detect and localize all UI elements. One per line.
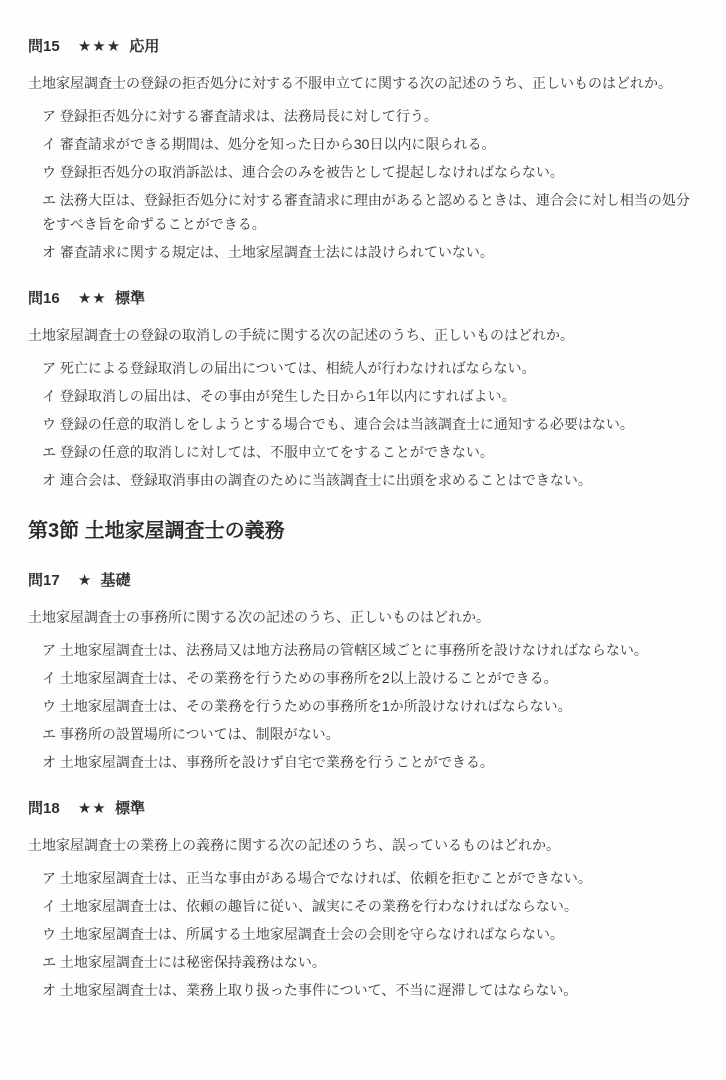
option-item: オ 土地家屋調査士は、事務所を設けず自宅で業務を行うことができる。 [28,750,696,774]
option-text: 土地家屋調査士は、業務上取り扱った事件について、不当に遅滞してはならない。 [60,982,577,998]
question-heading: 問17 ★ 基礎 [28,572,696,590]
option-text: 土地家屋調査士は、正当な事由がある場合でなければ、依頼を拒むことができない。 [60,870,592,886]
question-number: 問17 [28,572,60,589]
option-text: 土地家屋調査士は、法務局又は地方法務局の管轄区域ごとに事務所を設けなければならな… [60,642,648,658]
option-text: 登録の任意的取消しに対しては、不服申立てをすることができない。 [60,444,494,460]
question-block-16: 問16 ★★ 標準 土地家屋調査士の登録の取消しの手続に関する次の記述のうち、正… [28,290,696,492]
question-prompt: 土地家屋調査士の登録の取消しの手続に関する次の記述のうち、正しいものはどれか。 [28,324,696,346]
question-heading: 問18 ★★ 標準 [28,800,696,818]
option-item: ア 土地家屋調査士は、正当な事由がある場合でなければ、依頼を拒むことができない。 [28,866,696,890]
question-heading: 問16 ★★ 標準 [28,290,696,308]
option-item: イ 審査請求ができる期間は、処分を知った日から30日以内に限られる。 [28,132,696,156]
option-item: ウ 土地家屋調査士は、所属する土地家屋調査士会の会則を守らなければならない。 [28,922,696,946]
option-label: ア [42,870,56,886]
option-text: 土地家屋調査士は、事務所を設けず自宅で業務を行うことができる。 [60,754,494,770]
question-number: 問15 [28,38,60,55]
options-list: ア 土地家屋調査士は、正当な事由がある場合でなければ、依頼を拒むことができない。… [28,866,696,1002]
question-block-17: 問17 ★ 基礎 土地家屋調査士の事務所に関する次の記述のうち、正しいものはどれ… [28,572,696,774]
option-label: オ [42,244,56,260]
option-label: ア [42,108,56,124]
option-label: イ [42,136,56,152]
option-label: エ [42,726,56,742]
document-page: 問15 ★★★ 応用 土地家屋調査士の登録の拒否処分に対する不服申立てに関する次… [0,0,726,1080]
option-text: 事務所の設置場所については、制限がない。 [60,726,340,742]
option-text: 法務大臣は、登録拒否処分に対する審査請求に理由があると認めるときは、連合会に対し… [42,192,690,232]
difficulty-stars: ★★ [78,800,107,817]
option-text: 土地家屋調査士は、依頼の趣旨に従い、誠実にその業務を行わなければならない。 [60,898,578,914]
option-item: ア 登録拒否処分に対する審査請求は、法務局長に対して行う。 [28,104,696,128]
option-item: ウ 登録拒否処分の取消訴訟は、連合会のみを被告として提起しなければならない。 [28,160,696,184]
option-item: イ 土地家屋調査士は、その業務を行うための事務所を2以上設けることができる。 [28,666,696,690]
option-label: エ [42,444,56,460]
option-item: オ 審査請求に関する規定は、土地家屋調査士法には設けられていない。 [28,240,696,264]
difficulty-label: 応用 [129,38,159,55]
option-label: ウ [42,926,56,942]
option-label: ア [42,642,56,658]
option-label: エ [42,954,56,970]
option-item: ウ 登録の任意的取消しをしようとする場合でも、連合会は当該調査士に通知する必要は… [28,412,696,436]
option-label: イ [42,898,56,914]
option-text: 土地家屋調査士は、その業務を行うための事務所を2以上設けることができる。 [60,670,558,686]
options-list: ア 土地家屋調査士は、法務局又は地方法務局の管轄区域ごとに事務所を設けなければな… [28,638,696,774]
option-item: ア 土地家屋調査士は、法務局又は地方法務局の管轄区域ごとに事務所を設けなければな… [28,638,696,662]
question-heading: 問15 ★★★ 応用 [28,38,696,56]
difficulty-stars: ★ [78,572,92,589]
option-item: エ 事務所の設置場所については、制限がない。 [28,722,696,746]
difficulty-label: 標準 [115,800,145,817]
option-item: ア 死亡による登録取消しの届出については、相続人が行わなければならない。 [28,356,696,380]
option-item: エ 法務大臣は、登録拒否処分に対する審査請求に理由があると認めるときは、連合会に… [28,188,696,236]
question-block-15: 問15 ★★★ 応用 土地家屋調査士の登録の拒否処分に対する不服申立てに関する次… [28,38,696,264]
question-prompt: 土地家屋調査士の事務所に関する次の記述のうち、正しいものはどれか。 [28,606,696,628]
options-list: ア 登録拒否処分に対する審査請求は、法務局長に対して行う。 イ 審査請求ができる… [28,104,696,264]
difficulty-label: 基礎 [100,572,130,589]
option-text: 登録の任意的取消しをしようとする場合でも、連合会は当該調査士に通知する必要はない… [60,416,634,432]
option-item: ウ 土地家屋調査士は、その業務を行うための事務所を1か所設けなければならない。 [28,694,696,718]
option-text: 登録拒否処分の取消訴訟は、連合会のみを被告として提起しなければならない。 [60,164,564,180]
option-text: 死亡による登録取消しの届出については、相続人が行わなければならない。 [60,360,536,376]
option-item: オ 連合会は、登録取消事由の調査のために当該調査士に出頭を求めることはできない。 [28,468,696,492]
question-number: 問16 [28,290,60,307]
option-text: 土地家屋調査士は、その業務を行うための事務所を1か所設けなければならない。 [60,698,572,714]
option-text: 審査請求ができる期間は、処分を知った日から30日以内に限られる。 [60,136,496,152]
option-text: 連合会は、登録取消事由の調査のために当該調査士に出頭を求めることはできない。 [60,472,592,488]
option-text: 審査請求に関する規定は、土地家屋調査士法には設けられていない。 [60,244,494,260]
option-label: オ [42,472,56,488]
option-text: 土地家屋調査士は、所属する土地家屋調査士会の会則を守らなければならない。 [60,926,564,942]
option-item: オ 土地家屋調査士は、業務上取り扱った事件について、不当に遅滞してはならない。 [28,978,696,1002]
option-item: エ 登録の任意的取消しに対しては、不服申立てをすることができない。 [28,440,696,464]
option-label: ウ [42,698,56,714]
question-block-18: 問18 ★★ 標準 土地家屋調査士の業務上の義務に関する次の記述のうち、誤ってい… [28,800,696,1002]
option-text: 登録拒否処分に対する審査請求は、法務局長に対して行う。 [60,108,438,124]
option-label: オ [42,754,56,770]
section-heading: 第3節 土地家屋調査士の義務 [28,518,696,544]
options-list: ア 死亡による登録取消しの届出については、相続人が行わなければならない。 イ 登… [28,356,696,492]
option-item: イ 登録取消しの届出は、その事由が発生した日から1年以内にすればよい。 [28,384,696,408]
difficulty-stars: ★★ [78,290,107,307]
option-label: ウ [42,164,56,180]
question-prompt: 土地家屋調査士の業務上の義務に関する次の記述のうち、誤っているものはどれか。 [28,834,696,856]
difficulty-label: 標準 [115,290,145,307]
option-label: ア [42,360,56,376]
option-text: 登録取消しの届出は、その事由が発生した日から1年以内にすればよい。 [60,388,516,404]
option-label: イ [42,670,56,686]
option-label: オ [42,982,56,998]
question-prompt: 土地家屋調査士の登録の拒否処分に対する不服申立てに関する次の記述のうち、正しいも… [28,72,696,94]
option-item: エ 土地家屋調査士には秘密保持義務はない。 [28,950,696,974]
option-text: 土地家屋調査士には秘密保持義務はない。 [60,954,326,970]
difficulty-stars: ★★★ [78,38,121,55]
option-label: ウ [42,416,56,432]
option-label: イ [42,388,56,404]
option-item: イ 土地家屋調査士は、依頼の趣旨に従い、誠実にその業務を行わなければならない。 [28,894,696,918]
question-number: 問18 [28,800,60,817]
option-label: エ [42,192,56,208]
